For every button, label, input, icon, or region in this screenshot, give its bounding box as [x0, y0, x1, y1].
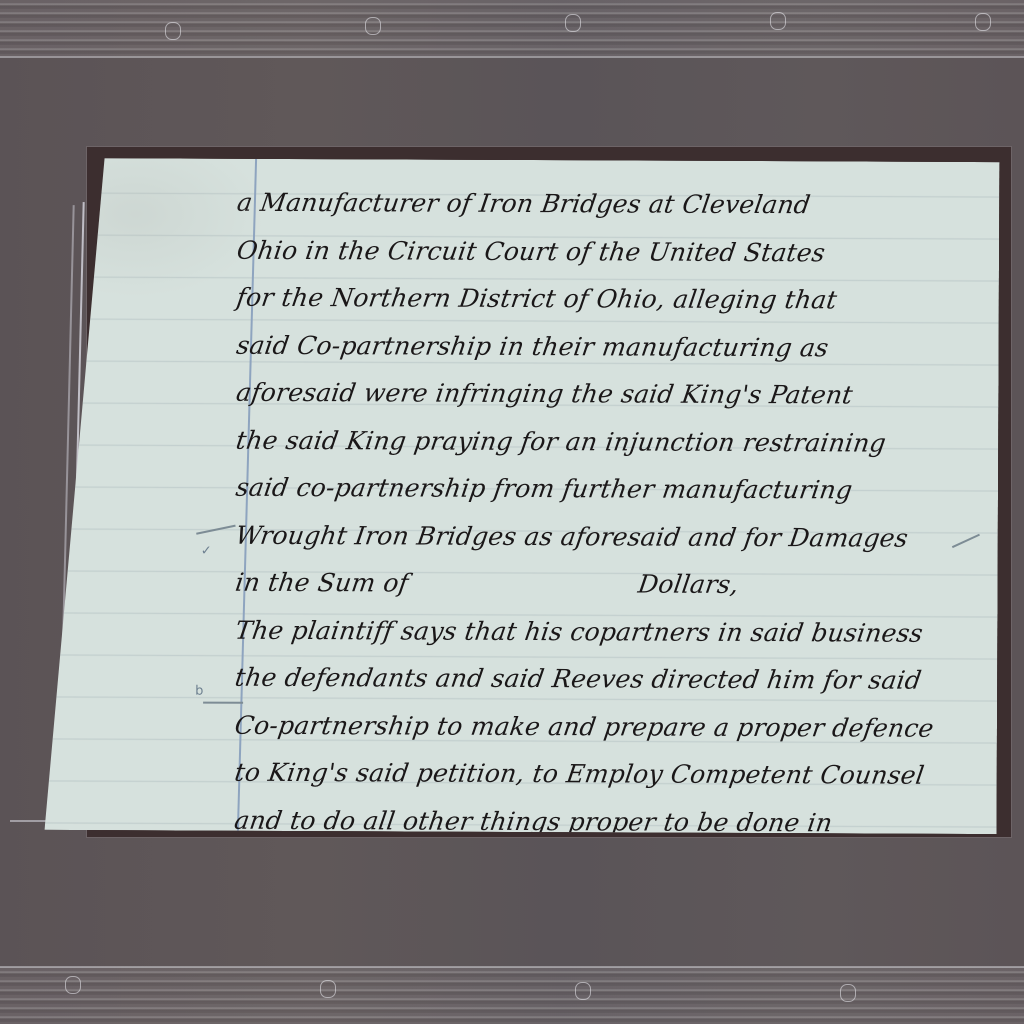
slab-notch — [975, 13, 991, 31]
margin-letter-mark: b — [195, 684, 203, 699]
text-line: said co-partnership from further manufac… — [233, 464, 990, 515]
slab-notch — [365, 17, 381, 35]
text-line: Ohio in the Circuit Court of the United … — [234, 226, 991, 277]
text-line: the said King praying for an injunction … — [233, 416, 990, 467]
handwritten-text: a Manufacturer of Iron Bridges at Clevel… — [234, 179, 987, 834]
text-line: and to do all other things proper to be … — [231, 796, 988, 834]
slab-notch — [840, 984, 856, 1002]
document-paper: ✓ b a Manufacturer of Iron Bridges at Cl… — [45, 158, 1000, 834]
text-line: for the Northern District of Ohio, alleg… — [233, 274, 990, 325]
text-line: a Manufacturer of Iron Bridges at Clevel… — [234, 179, 991, 230]
amount-blank — [407, 591, 637, 592]
slab-notch — [575, 982, 591, 1000]
slab-notch — [565, 14, 581, 32]
slab-notch — [165, 22, 181, 40]
slab-notch — [770, 12, 786, 30]
text-line: Co-partnership to make and prepare a pro… — [232, 701, 989, 752]
text-line-amount: in the Sum ofDollars, — [232, 559, 989, 610]
text-line: aforesaid were infringing the said King'… — [233, 369, 990, 420]
text-line: to King's said petition, to Employ Compe… — [231, 749, 988, 800]
slab-top-edge — [0, 0, 1024, 58]
slab-notch — [65, 976, 81, 994]
dollars-label: Dollars, — [636, 570, 741, 599]
slab-bottom-edge — [0, 966, 1024, 1024]
sum-label: in the Sum of — [234, 568, 411, 598]
margin-check-mark: ✓ — [201, 544, 212, 559]
text-line: the defendants and said Reeves directed … — [232, 654, 989, 705]
slab-notch — [320, 980, 336, 998]
text-line: The plaintiff says that his copartners i… — [232, 606, 989, 657]
text-line: said Co-partnership in their manufacturi… — [233, 321, 990, 372]
pencil-mark — [196, 525, 235, 535]
text-line: Wrought Iron Bridges as aforesaid and fo… — [232, 511, 989, 562]
